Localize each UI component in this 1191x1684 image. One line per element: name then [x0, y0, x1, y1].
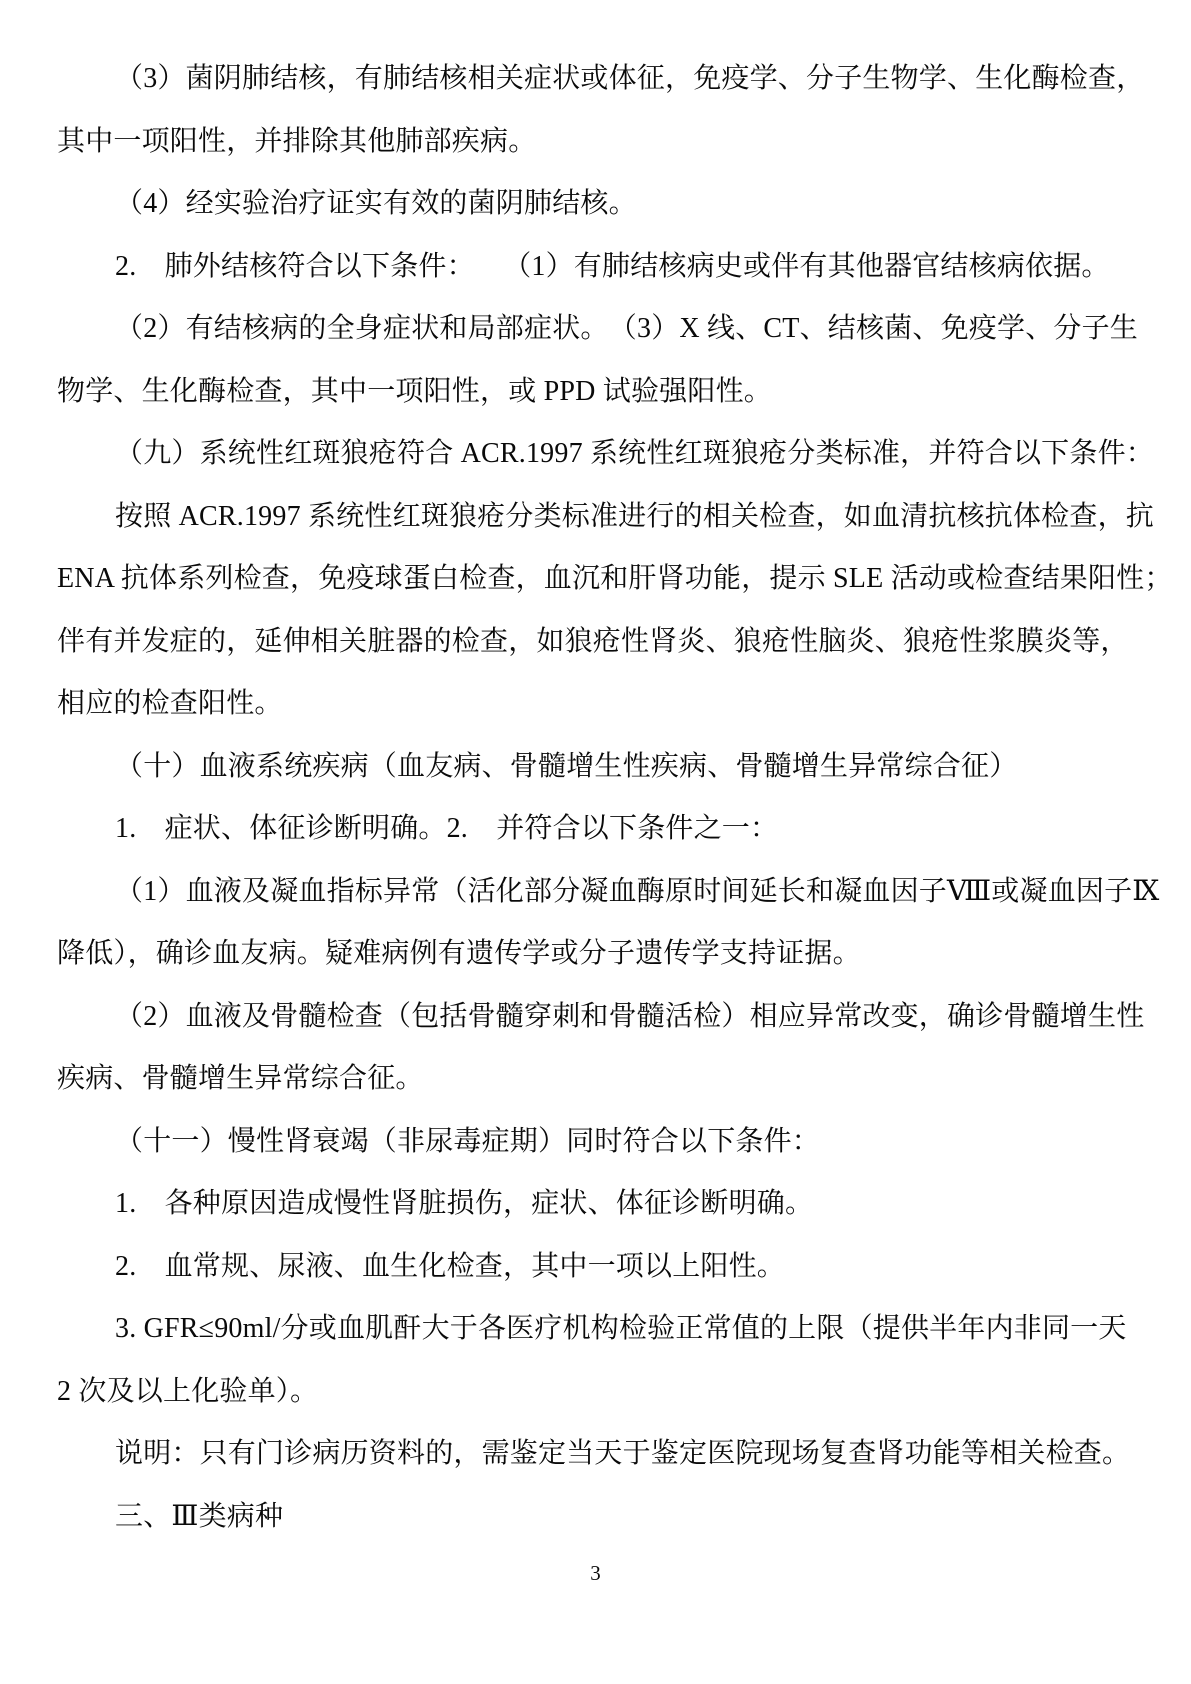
text-line: 1. 各种原因造成慢性肾脏损伤，症状、体征诊断明确。 — [57, 1173, 1142, 1236]
text-line: ENA 抗体系列检查，免疫球蛋白检查，血沉和肝肾功能，提示 SLE 活动或检查结… — [57, 548, 1142, 611]
text-line: 按照 ACR.1997 系统性红斑狼疮分类标准进行的相关检查，如血清抗核抗体检查… — [57, 486, 1142, 549]
text-line: （4）经实验治疗证实有效的菌阴肺结核。 — [57, 173, 1142, 236]
text-line: 相应的检查阳性。 — [57, 673, 1142, 736]
text-line: （十）血液系统疾病（血友病、骨髓增生性疾病、骨髓增生异常综合征） — [57, 736, 1142, 799]
document-body: （3）菌阴肺结核，有肺结核相关症状或体征，免疫学、分子生物学、生化酶检查，其中一… — [57, 48, 1142, 1548]
text-line: 疾病、骨髓增生异常综合征。 — [57, 1048, 1142, 1111]
text-line: 三、Ⅲ类病种 — [57, 1486, 1142, 1549]
text-line: 说明：只有门诊病历资料的，需鉴定当天于鉴定医院现场复查肾功能等相关检查。 — [57, 1423, 1142, 1486]
text-line: 其中一项阳性，并排除其他肺部疾病。 — [57, 111, 1142, 174]
document-page: （3）菌阴肺结核，有肺结核相关症状或体征，免疫学、分子生物学、生化酶检查，其中一… — [0, 0, 1191, 1684]
text-line: 降低），确诊血友病。疑难病例有遗传学或分子遗传学支持证据。 — [57, 923, 1142, 986]
text-line: （1）血液及凝血指标异常（活化部分凝血酶原时间延长和凝血因子Ⅷ或凝血因子Ⅸ — [57, 861, 1142, 924]
text-line: 3. GFR≤90ml/分或血肌酐大于各医疗机构检验正常值的上限（提供半年内非同… — [57, 1298, 1142, 1361]
text-line: 1. 症状、体征诊断明确。2. 并符合以下条件之一： — [57, 798, 1142, 861]
text-line: 2 次及以上化验单）。 — [57, 1361, 1142, 1424]
page-number: 3 — [0, 1560, 1191, 1586]
text-line: 物学、生化酶检查，其中一项阳性，或 PPD 试验强阳性。 — [57, 361, 1142, 424]
text-line: 2. 血常规、尿液、血生化检查，其中一项以上阳性。 — [57, 1236, 1142, 1299]
text-line: 2. 肺外结核符合以下条件： （1）有肺结核病史或伴有其他器官结核病依据。 — [57, 236, 1142, 299]
text-line: （十一）慢性肾衰竭（非尿毒症期）同时符合以下条件： — [57, 1111, 1142, 1174]
text-line: （九）系统性红斑狼疮符合 ACR.1997 系统性红斑狼疮分类标准，并符合以下条… — [57, 423, 1142, 486]
text-line: （2）有结核病的全身症状和局部症状。 （3）X 线、CT、结核菌、免疫学、分子生 — [57, 298, 1142, 361]
text-line: （3）菌阴肺结核，有肺结核相关症状或体征，免疫学、分子生物学、生化酶检查， — [57, 48, 1142, 111]
text-line: 伴有并发症的，延伸相关脏器的检查，如狼疮性肾炎、狼疮性脑炎、狼疮性浆膜炎等， — [57, 611, 1142, 674]
text-line: （2）血液及骨髓检查（包括骨髓穿刺和骨髓活检）相应异常改变，确诊骨髓增生性 — [57, 986, 1142, 1049]
